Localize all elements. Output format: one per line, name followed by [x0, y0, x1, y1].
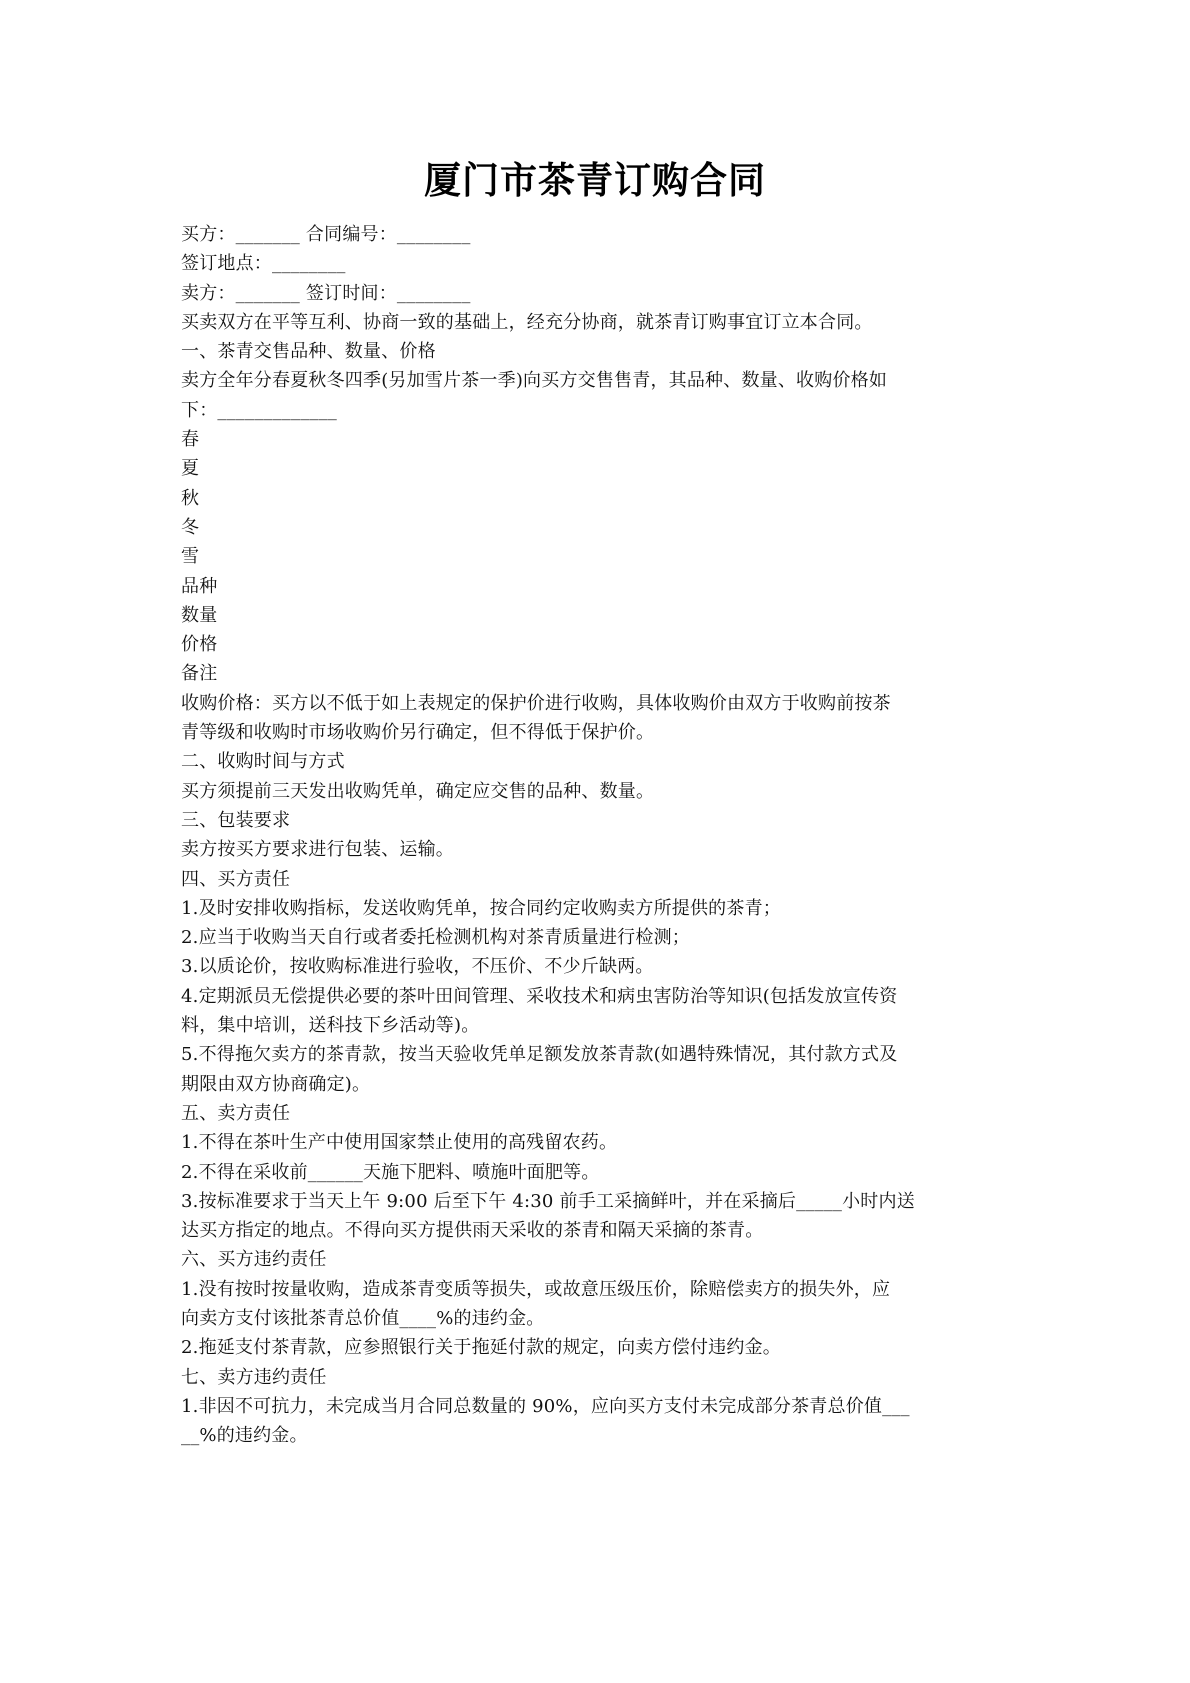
clause-line: 5.不得拖欠卖方的茶青款，按当天验收凭单足额发放茶青款(如遇特殊情况，其付款方式… [181, 1040, 1021, 1069]
clause-line: 料，集中培训，送科技下乡活动等)。 [181, 1011, 1021, 1040]
season-spring: 春 [181, 425, 1021, 454]
section-heading-1: 一、茶青交售品种、数量、价格 [181, 337, 1021, 366]
paragraph-line: 买方须提前三天发出收购凭单，确定应交售的品种、数量。 [181, 777, 1021, 806]
paragraph-line: 下：_____________ [181, 396, 1021, 425]
document-body: 买方：_______ 合同编号：________ 签订地点：________ 卖… [181, 220, 1021, 1450]
clause-line: 2.拖延支付茶青款，应参照银行关于拖延付款的规定，向卖方偿付违约金。 [181, 1333, 1021, 1362]
section-heading-4: 四、买方责任 [181, 865, 1021, 894]
season-snow: 雪 [181, 542, 1021, 571]
clause-line: 1.不得在茶叶生产中使用国家禁止使用的高残留农药。 [181, 1128, 1021, 1157]
section-heading-5: 五、卖方责任 [181, 1099, 1021, 1128]
paragraph-line: 青等级和收购时市场收购价另行确定，但不得低于保护价。 [181, 718, 1021, 747]
paragraph-line: 卖方按买方要求进行包装、运输。 [181, 835, 1021, 864]
signing-place-line: 签订地点：________ [181, 249, 1021, 278]
paragraph-line: 收购价格：买方以不低于如上表规定的保护价进行收购，具体收购价由双方于收购前按茶 [181, 689, 1021, 718]
section-heading-6: 六、买方违约责任 [181, 1245, 1021, 1274]
clause-line: 达买方指定的地点。不得向买方提供雨天采收的茶青和隔天采摘的茶青。 [181, 1216, 1021, 1245]
clause-line: __%的违约金。 [181, 1421, 1021, 1450]
season-autumn: 秋 [181, 484, 1021, 513]
buyer-contract-number-line: 买方：_______ 合同编号：________ [181, 220, 1021, 249]
document-title: 厦门市茶青订购合同 [0, 156, 1190, 206]
field-variety: 品种 [181, 572, 1021, 601]
field-remarks: 备注 [181, 659, 1021, 688]
clause-line: 3.以质论价，按收购标准进行验收，不压价、不少斤缺两。 [181, 952, 1021, 981]
clause-line: 1.没有按时按量收购，造成茶青变质等损失，或故意压级压价，除赔偿卖方的损失外，应 [181, 1275, 1021, 1304]
seller-signing-time-line: 卖方：_______ 签订时间：________ [181, 279, 1021, 308]
section-heading-2: 二、收购时间与方式 [181, 747, 1021, 776]
clause-line: 向卖方支付该批茶青总价值____%的违约金。 [181, 1304, 1021, 1333]
clause-line: 1.非因不可抗力，未完成当月合同总数量的 90%，应向买方支付未完成部分茶青总价… [181, 1392, 1021, 1421]
field-quantity: 数量 [181, 601, 1021, 630]
clause-line: 期限由双方协商确定)。 [181, 1070, 1021, 1099]
clause-line: 4.定期派员无偿提供必要的茶叶田间管理、采收技术和病虫害防治等知识(包括发放宣传… [181, 982, 1021, 1011]
paragraph-line: 卖方全年分春夏秋冬四季(另加雪片茶一季)向买方交售售青，其品种、数量、收购价格如 [181, 366, 1021, 395]
clause-line: 3.按标准要求于当天上午 9:00 后至下午 4:30 前手工采摘鲜叶，并在采摘… [181, 1187, 1021, 1216]
section-heading-3: 三、包装要求 [181, 806, 1021, 835]
clause-line: 1.及时安排收购指标，发送收购凭单，按合同约定收购卖方所提供的茶青； [181, 894, 1021, 923]
season-summer: 夏 [181, 454, 1021, 483]
section-heading-7: 七、卖方违约责任 [181, 1363, 1021, 1392]
clause-line: 2.不得在采收前______天施下肥料、喷施叶面肥等。 [181, 1158, 1021, 1187]
document-page: 厦门市茶青订购合同 买方：_______ 合同编号：________ 签订地点：… [0, 0, 1190, 1683]
clause-line: 2.应当于收购当天自行或者委托检测机构对茶青质量进行检测； [181, 923, 1021, 952]
field-price: 价格 [181, 630, 1021, 659]
preamble-line: 买卖双方在平等互利、协商一致的基础上，经充分协商，就茶青订购事宜订立本合同。 [181, 308, 1021, 337]
season-winter: 冬 [181, 513, 1021, 542]
